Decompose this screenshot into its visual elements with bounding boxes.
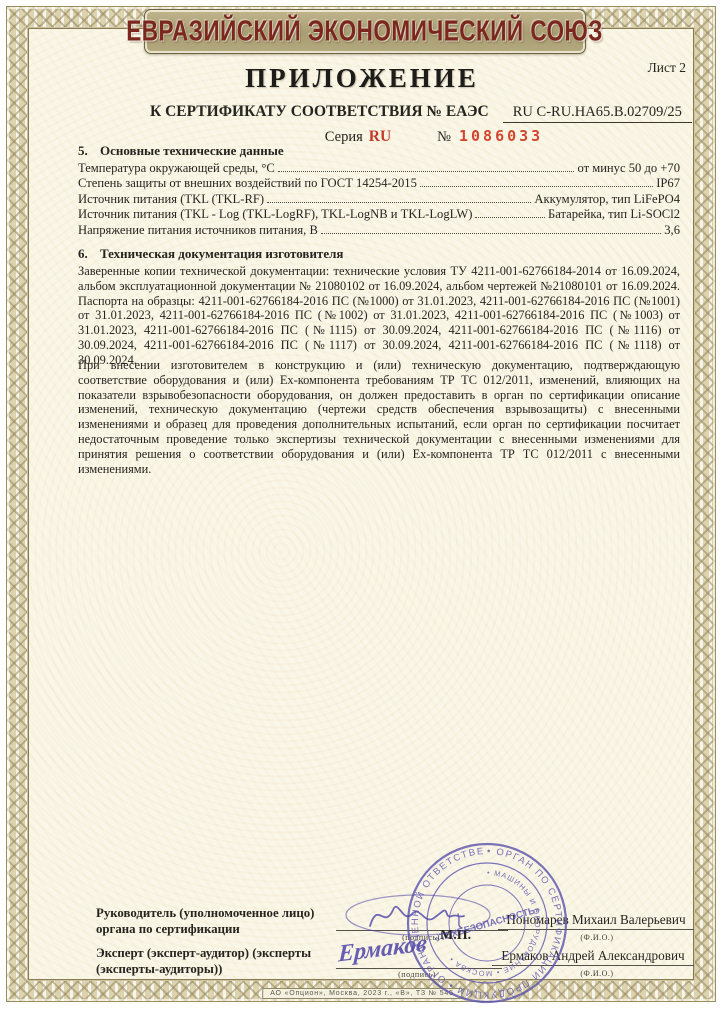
- certificate-reference-line: К СЕРТИФИКАТУ СООТВЕТСТВИЯ № ЕАЭС RU C-R…: [150, 103, 692, 123]
- dotted-leader: [475, 217, 545, 218]
- certificate-reference-label: К СЕРТИФИКАТУ СООТВЕТСТВИЯ № ЕАЭС: [150, 103, 489, 121]
- spec-label: Источник питания (TKL - Log (TKL-LogRF),…: [78, 207, 472, 222]
- section6-paragraph: Заверенные копии технической документаци…: [78, 264, 680, 368]
- spec-value: 3,6: [664, 223, 680, 238]
- section6-heading: 6.Техническая документация изготовителя: [78, 246, 680, 262]
- dotted-leader: [278, 171, 575, 172]
- spec-label: Напряжение питания источников питания, В: [78, 223, 318, 238]
- eaeu-banner-text: ЕВРАЗИЙСКИЙ ЭКОНОМИЧЕСКИЙ СОЮЗ: [127, 15, 604, 49]
- section-technical-data: 5.Основные технические данные Температур…: [78, 143, 680, 238]
- spec-value: IP67: [656, 176, 680, 191]
- head-of-body-label: Руководитель (уполномоченное лицо) орган…: [96, 906, 341, 937]
- eaeu-banner: ЕВРАЗИЙСКИЙ ЭКОНОМИЧЕСКИЙ СОЮЗ: [144, 9, 586, 54]
- spec-value: Батарейка, тип Li-SOCl2: [548, 207, 680, 222]
- section5-heading: 5.Основные технические данные: [78, 143, 680, 159]
- spec-row: Напряжение питания источников питания, В…: [78, 223, 680, 238]
- dotted-leader: [420, 186, 653, 187]
- spec-row: Температура окружающей среды, °Сот минус…: [78, 161, 680, 176]
- dotted-leader: [267, 202, 531, 203]
- spec-label: Степень защиты от внешних воздействий по…: [78, 176, 417, 191]
- section6-heading-text: Техническая документация изготовителя: [100, 246, 343, 261]
- spec-label: Температура окружающей среды, °С: [78, 161, 275, 176]
- spec-value: Аккумулятор, тип LiFePO4: [534, 192, 680, 207]
- spec-row: Источник питания (TKL (TKL-RF)Аккумулято…: [78, 192, 680, 207]
- certificate-page: ЕВРАЗИЙСКИЙ ЭКОНОМИЧЕСКИЙ СОЮЗ Лист 2 ПР…: [0, 0, 724, 1024]
- modification-notice-text: При внесении изготовителем в конструкцию…: [78, 358, 680, 476]
- modification-notice: При внесении изготовителем в конструкцию…: [78, 358, 680, 476]
- spec-row: Степень защиты от внешних воздействий по…: [78, 176, 680, 191]
- section5-heading-text: Основные технические данные: [100, 143, 284, 158]
- spec-rows: Температура окружающей среды, °Сот минус…: [78, 161, 680, 238]
- dotted-leader: [321, 233, 661, 234]
- section-technical-documentation: 6.Техническая документация изготовителя …: [78, 246, 680, 368]
- section5-number: 5.: [78, 143, 100, 159]
- spec-row: Источник питания (TKL - Log (TKL-LogRF),…: [78, 207, 680, 222]
- section6-number: 6.: [78, 246, 100, 262]
- expert-label: Эксперт (эксперт-аудитор) (эксперты (экс…: [96, 946, 346, 977]
- spec-value: от минус 50 до +70: [577, 161, 680, 176]
- spec-label: Источник питания (TKL (TKL-RF): [78, 192, 264, 207]
- certificate-number: RU C-RU.HA65.B.02709/25: [503, 104, 692, 123]
- page-title: ПРИЛОЖЕНИЕ: [0, 63, 724, 94]
